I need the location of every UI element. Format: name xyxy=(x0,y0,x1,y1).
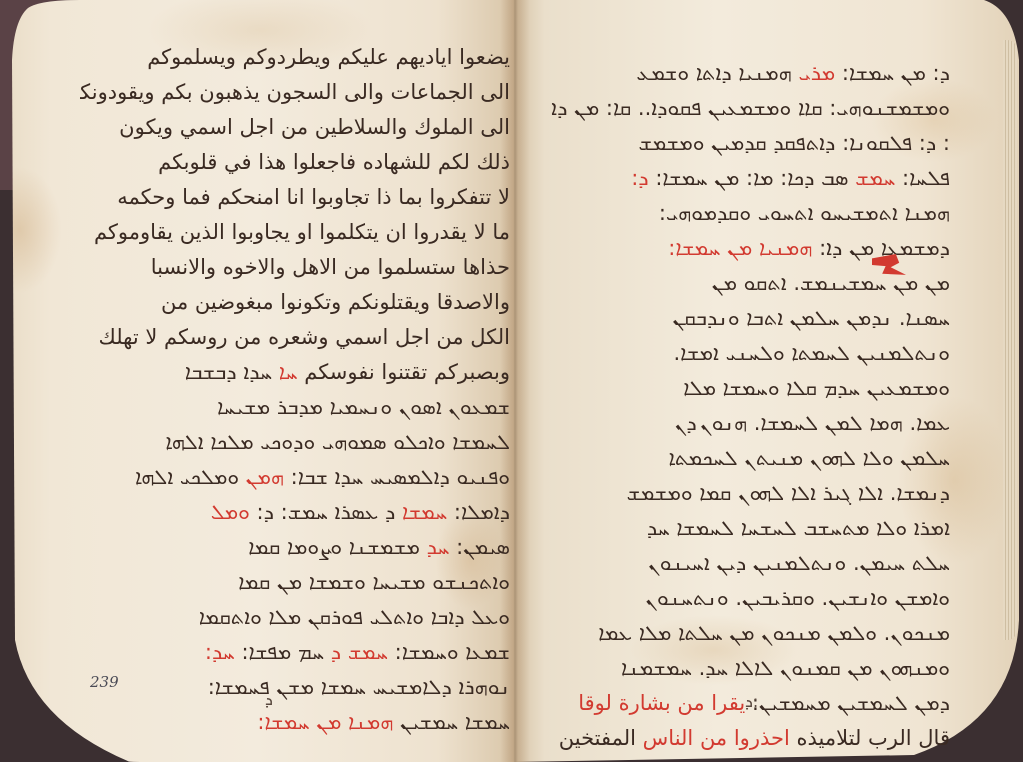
body-text: ܚܕܐ ܕܒܫܒܐ xyxy=(185,360,272,384)
body-text: ܣܒ ܕܟܐ: ܡܐ: ܡܢ ܚܡܫܐ: xyxy=(649,166,849,190)
body-text: ܘܥܠ ܕܐܒܐ ܘܐܬܠܝ ܦܘܪܩܢ ܡܠܐ ܘܐܬܩܡܐ xyxy=(199,605,510,629)
body-text: ܡܢ ܡܢ ܚܡܫܝܢܡܫ. ܐܬܩܘ ܡܢ xyxy=(712,271,950,295)
manuscript-line: ܚܡܫܐ ܚܡܫܝܢ ܗܡܢܐ ܡܢ ܚܡܫܐ: xyxy=(80,705,510,740)
manuscript-line: ܘܐܬܟܢܫܘ ܡܫܝܚܐ ܘܫܡܫܐ ܡܢ ܩܡܐ xyxy=(80,565,510,600)
rubric-text: ܕ: xyxy=(631,166,648,190)
body-text: ܡܢܟܘܢ. ܘܠܡܢ ܡܢܟܘܢ ܡܢ ܚܠܬܐ ܡܠܐ ܥܡܐ xyxy=(598,621,950,645)
body-text: ܗܡܢܝܐ ܕܐܬܐ ܘܫܡܥ xyxy=(636,61,792,85)
body-text: ܚܡܫܐ ܚܡܫܝܢ xyxy=(393,710,510,734)
manuscript-line: ذلك لكم للشهاده فاجعلوا هذا في قلوبكم xyxy=(80,145,510,180)
rubric-text: ܚܡܫ ܕ xyxy=(324,640,388,664)
body-text: ܘܦܢܝܘ ܕܐܠܡܣܝܚ ܚܕܐ ܫܒܐ: xyxy=(284,465,510,489)
body-text: والاصدقا ويقتلونكم وتكونوا مبغوضين من xyxy=(161,290,510,314)
right-catchword: ܕ: xyxy=(745,692,758,712)
body-text: ܠܚܡܫܐ ܘܐܟܠܘ ܣܡܘܗܝ ܘܕܘܟܝ ܡܠܟܐ ܐܠܗܐ xyxy=(165,430,510,454)
rubric-text: ܚܕ: xyxy=(205,640,235,664)
rubric-text: احذروا من الناس xyxy=(636,726,790,750)
body-text: : ܕ: ܦܠܩܘܢܐ: ܕܐܬܦܩܕ ܩܕܡܝܢ ܘܡܫܡܫ xyxy=(639,131,951,155)
rubric-text: ܚܡܫ xyxy=(849,166,896,190)
manuscript-line: ܫܡܥܐ ܘܚܡܫܐ: ܚܡܫ ܕ ܚܡ ܡܦܫܐ: ܚܕ: xyxy=(80,635,510,670)
manuscript-line: ܕܢܡܫܐ. ܐܠܐ ܓܝܪ ܐܠܐ ܠܗܘܢ ܩܡܐ ܘܡܫܡܫ xyxy=(530,476,950,511)
manuscript-line: ܥܡܐ. ܗܡܐ ܠܡܢ ܠܚܡܫܐ. ܗܢܘܢ ܕܢ xyxy=(530,406,950,441)
manuscript-line: ܘܡܢܗܘܢ ܡܢ ܩܡܢܘܢ ܠܐܠܐ ܚܕ. ܚܡܫܡܢܐ xyxy=(530,651,950,686)
body-text: ما لا يقدروا ان يتكلموا او يجاوبوا الذين… xyxy=(94,220,510,244)
body-text: ܘܡܢܗܘܢ ܡܢ ܩܡܢܘܢ ܠܐܠܐ ܚܕ. ܚܡܫܡܢܐ xyxy=(621,656,950,680)
body-text: ܘܐܬܟܢܫܘ ܡܫܝܚܐ ܘܫܡܫܐ ܡܢ ܩܡܐ xyxy=(238,570,510,594)
body-text: ܡܫܡܫܢܐ ܘܨܘܡܐ ܩܡܐ xyxy=(248,535,420,559)
body-text: ܥܡܐ. ܗܡܐ ܠܡܢ ܠܚܡܫܐ. ܗܢܘܢ ܕܢ xyxy=(675,411,950,435)
body-text: ܕ ܥܣܪܐ ܚܡܫ: ܕ: xyxy=(250,500,396,524)
body-text: ܦܠܚܐ: xyxy=(895,166,950,190)
body-text: ܣܝܡܢ: xyxy=(449,535,510,559)
body-text: ܚܡ ܡܦܫܐ: xyxy=(235,640,324,664)
manuscript-line: ما لا يقدروا ان يتكلموا او يجاوبوا الذين… xyxy=(80,215,510,250)
rubric-text: ܚܕ xyxy=(420,535,450,559)
rubric-text: ܗܡܢܝܐ ܡܢ ܚܡܫܐ: xyxy=(668,236,812,260)
manuscript-line: ܕܡܢ ܠܚܡܫܝܢ ܡܚܡܫܝܢ: يقرا من بشارة لوقا xyxy=(530,686,950,721)
body-text: قال الرب لتلاميذه xyxy=(790,726,950,750)
body-text: لا تتفكروا بما ذا تجاوبوا انا امنحكم فما… xyxy=(117,185,510,209)
manuscript-line: ܘܥܠ ܕܐܒܐ ܘܐܬܠܝ ܦܘܪܩܢ ܡܠܐ ܘܐܬܩܡܐ xyxy=(80,600,510,635)
manuscript-line: قال الرب لتلاميذه احذروا من الناس المفتخ… xyxy=(530,721,950,756)
rubric-text: ܡܪܝ xyxy=(792,61,835,85)
body-text: ܚܣܢܐ. ܢܕܡܢ ܚܠܡܢ ܐܬܒܐ ܘܢܕܒܩܢ xyxy=(673,306,950,330)
manuscript-line: الكل من اجل اسمي وشعره من روسكم لا تهلك xyxy=(80,320,510,355)
left-catchword: ܕ xyxy=(265,690,273,710)
body-text: ܕܡܢ ܠܚܡܫܝܢ ܡܚܡܫܝܢ: xyxy=(745,691,950,715)
manuscript-line: ܡܢܟܘܢ. ܘܠܡܢ ܡܢܟܘܢ ܡܢ ܚܠܬܐ ܡܠܐ ܥܡܐ xyxy=(530,616,950,651)
manuscript-line: حذاها ستسلموا من الاهل والاخوه والانسبا xyxy=(80,250,510,285)
manuscript-line: وبصبركم تقتنوا نفوسكم ܚܐ ܚܕܐ ܕܒܫܒܐ xyxy=(80,355,510,390)
body-text: ذلك لكم للشهاده فاجعلوا هذا في قلوبكم xyxy=(158,150,510,174)
body-text: ܕ: ܡܢ ܚܡܫܐ: xyxy=(835,61,950,85)
body-text: ܚܠܡܢ ܘܠܐ ܠܗܘܢ ܡܢܝܬܢ ܠܚܟܡܬܐ xyxy=(669,446,950,470)
body-text: ܘܡܫܡܥܝܢ ܚܕܡ ܩܠܐ ܘܚܡܫܐ ܡܠܐ xyxy=(683,376,950,400)
manuscript-line: ܢܘܗܪܐ ܕܠܐܡܫܝܚ ܚܡܫܐ ܡܫܢ ܦܚܡܫܐ: xyxy=(80,670,510,705)
manuscript-line: ܠܚܡܫܐ ܘܐܟܠܘ ܣܡܘܗܝ ܘܕܘܟܝ ܡܠܟܐ ܐܠܗܐ xyxy=(80,425,510,460)
page-edges xyxy=(1003,40,1017,640)
manuscript-line: ܚܣܢܐ. ܢܕܡܢ ܚܠܡܢ ܐܬܒܐ ܘܢܕܒܩܢ xyxy=(530,301,950,336)
body-text: ܘܡܠܟܝ ܐܠܗܐ xyxy=(135,465,239,489)
manuscript-line: ܕܐܡܠܐ: ܚܡܫܐ ܕ ܥܣܪܐ ܚܡܫ: ܕ: ܘܡܠ xyxy=(80,495,510,530)
manuscript-line: : ܕ: ܦܠܩܘܢܐ: ܕܐܬܦܩܕ ܩܕܡܝܢ ܘܡܫܡܫ xyxy=(530,126,950,161)
folio-number: 239 xyxy=(90,673,119,691)
body-text: ܘܐܡܫܢ ܘܐܢܫܝܢ. ܘܩܪܝܒܝܢ. ܘܢܬܚܢܘܢ xyxy=(646,586,951,610)
manuscript-line: ܘܐܡܫܢ ܘܐܢܫܝܢ. ܘܩܪܝܒܝܢ. ܘܢܬܚܢܘܢ xyxy=(530,581,950,616)
manuscript-line: ܐܡܪܐ ܘܠܐ ܡܬܚܫܒ ܠܚܫܚܐ ܠܚܡܫܐ ܚܕ xyxy=(530,511,950,546)
body-text: الى الملوك والسلاطين من اجل اسمي ويكون xyxy=(119,115,510,139)
body-text: ܕܡܫܡܥܐ ܡܢ ܕܐ: xyxy=(812,236,950,260)
body-text: ܫܡܥܐ ܘܚܡܫܐ: xyxy=(388,640,510,664)
rubric-text: ܗܡܢܐ ܡܢ ܚܡܫܐ: xyxy=(257,710,393,734)
manuscript-line: ܘܦܢܝܘ ܕܐܠܡܣܝܚ ܚܕܐ ܫܒܐ: ܗܡܢ ܘܡܠܟܝ ܐܠܗܐ xyxy=(80,460,510,495)
manuscript-line: ܘܡܫܡܥܝܢ ܚܕܡ ܩܠܐ ܘܚܡܫܐ ܡܠܐ xyxy=(530,371,950,406)
body-text: ܢܘܗܪܐ ܕܠܐܡܫܝܚ ܚܡܫܐ ܡܫܢ ܦܚܡܫܐ: xyxy=(208,675,510,699)
body-text: وبصبركم تقتنوا نفوسكم xyxy=(298,360,510,384)
body-text: ܘܢܬܠܡܢܝܢ ܠܚܡܬܐ ܘܠܚܢܝ ܐܡܫܐ. xyxy=(673,341,950,365)
body-text: ܘܡܫܡܫܢܘܗܝ: ܩܐܐ ܘܡܫܡܥܝܢ ܦܩܘܕܐ.. ܩܐ: ܡܢ ܕܐ xyxy=(551,96,950,120)
body-text: ܗܡܢܐ ܐܬܡܫܝܚܘ ܐܬܚܘܝ ܘܩܕܡܘܗܝ: xyxy=(659,201,950,225)
manuscript-line: ܘܡܫܡܫܢܘܗܝ: ܩܐܐ ܘܡܫܡܥܝܢ ܦܩܘܕܐ.. ܩܐ: ܡܢ ܕܐ xyxy=(530,91,950,126)
manuscript-line: ܦܠܚܐ: ܚܡܫ ܣܒ ܕܟܐ: ܡܐ: ܡܢ ܚܡܫܐ: ܕ: xyxy=(530,161,950,196)
body-text: ܕܢܡܫܐ. ܐܠܐ ܓܝܪ ܐܠܐ ܠܗܘܢ ܩܡܐ ܘܡܫܡܫ xyxy=(627,481,950,505)
body-text: يضعوا اياديهم عليكم ويطردوكم ويسلموكم xyxy=(147,45,510,69)
manuscript-line: الى الجماعات والى السجون يذهبون بكم ويقو… xyxy=(80,75,510,110)
body-text: ܐܡܪܐ ܘܠܐ ܡܬܚܫܒ ܠܚܫܚܐ ܠܚܡܫܐ ܚܕ xyxy=(647,516,950,540)
body-text: حذاها ستسلموا من الاهل والاخوه والانسبا xyxy=(151,255,510,279)
rubric-text: ܘܡܠ xyxy=(211,500,250,524)
body-text: الكل من اجل اسمي وشعره من روسكم لا تهلك xyxy=(99,325,510,349)
manuscript-line: ܚܠܡܢ ܘܠܐ ܠܗܘܢ ܡܢܝܬܢ ܠܚܟܡܬܐ xyxy=(530,441,950,476)
manuscript-line: يضعوا اياديهم عليكم ويطردوكم ويسلموكم xyxy=(80,40,510,75)
body-text: ܕܐܡܠܐ: xyxy=(447,500,510,524)
body-text: الى الجماعات والى السجون يذهبون بكم ويقو… xyxy=(80,80,510,104)
body-text: ܚܠܬ ܚܝܡܢ. ܘܢܬܠܡܢܝܢ ܕܝܢ ܐܚܝܢܘܢ xyxy=(648,551,950,575)
rubric-text: ܚܐ xyxy=(272,360,297,384)
manuscript-line: والاصدقا ويقتلونكم وتكونوا مبغوضين من xyxy=(80,285,510,320)
manuscript-line: ܫܡܥܘܢ ܐܣܘܢ ܘܢܚܡܝܐ ܡܕܒܪ ܡܫܝܚܐ xyxy=(80,390,510,425)
manuscript-line: الى الملوك والسلاطين من اجل اسمي ويكون xyxy=(80,110,510,145)
manuscript-line: ܚܠܬ ܚܝܡܢ. ܘܢܬܠܡܢܝܢ ܕܝܢ ܐܚܝܢܘܢ xyxy=(530,546,950,581)
body-text: ܫܡܥܘܢ ܐܣܘܢ ܘܢܚܡܝܐ ܡܕܒܪ ܡܫܝܚܐ xyxy=(217,395,510,419)
rubric-text: يقرا من بشارة لوقا xyxy=(578,691,745,715)
rubric-text: ܚܡܫܐ xyxy=(395,500,447,524)
manuscript-line: ܣܝܡܢ: ܚܕ ܡܫܡܫܢܐ ܘܨܘܡܐ ܩܡܐ xyxy=(80,530,510,565)
right-page-text: ܕ: ܡܢ ܚܡܫܐ: ܡܪܝ ܗܡܢܝܐ ܕܐܬܐ ܘܫܡܥ ܘܡܫܡܫܢܘܗ… xyxy=(530,56,950,756)
rubric-text: ܗܡܢ xyxy=(239,465,284,489)
manuscript-line: لا تتفكروا بما ذا تجاوبوا انا امنحكم فما… xyxy=(80,180,510,215)
manuscript-line: ܘܢܬܠܡܢܝܢ ܠܚܡܬܐ ܘܠܚܢܝ ܐܡܫܐ. xyxy=(530,336,950,371)
left-page-text: يضعوا اياديهم عليكم ويطردوكم ويسلموكم ال… xyxy=(80,40,510,740)
body-text: المفتخين xyxy=(559,726,636,750)
manuscript-line: ܗܡܢܐ ܐܬܡܫܝܚܘ ܐܬܚܘܝ ܘܩܕܡܘܗܝ: xyxy=(530,196,950,231)
manuscript-line: ܕ: ܡܢ ܚܡܫܐ: ܡܪܝ ܗܡܢܝܐ ܕܐܬܐ ܘܫܡܥ xyxy=(530,56,950,91)
